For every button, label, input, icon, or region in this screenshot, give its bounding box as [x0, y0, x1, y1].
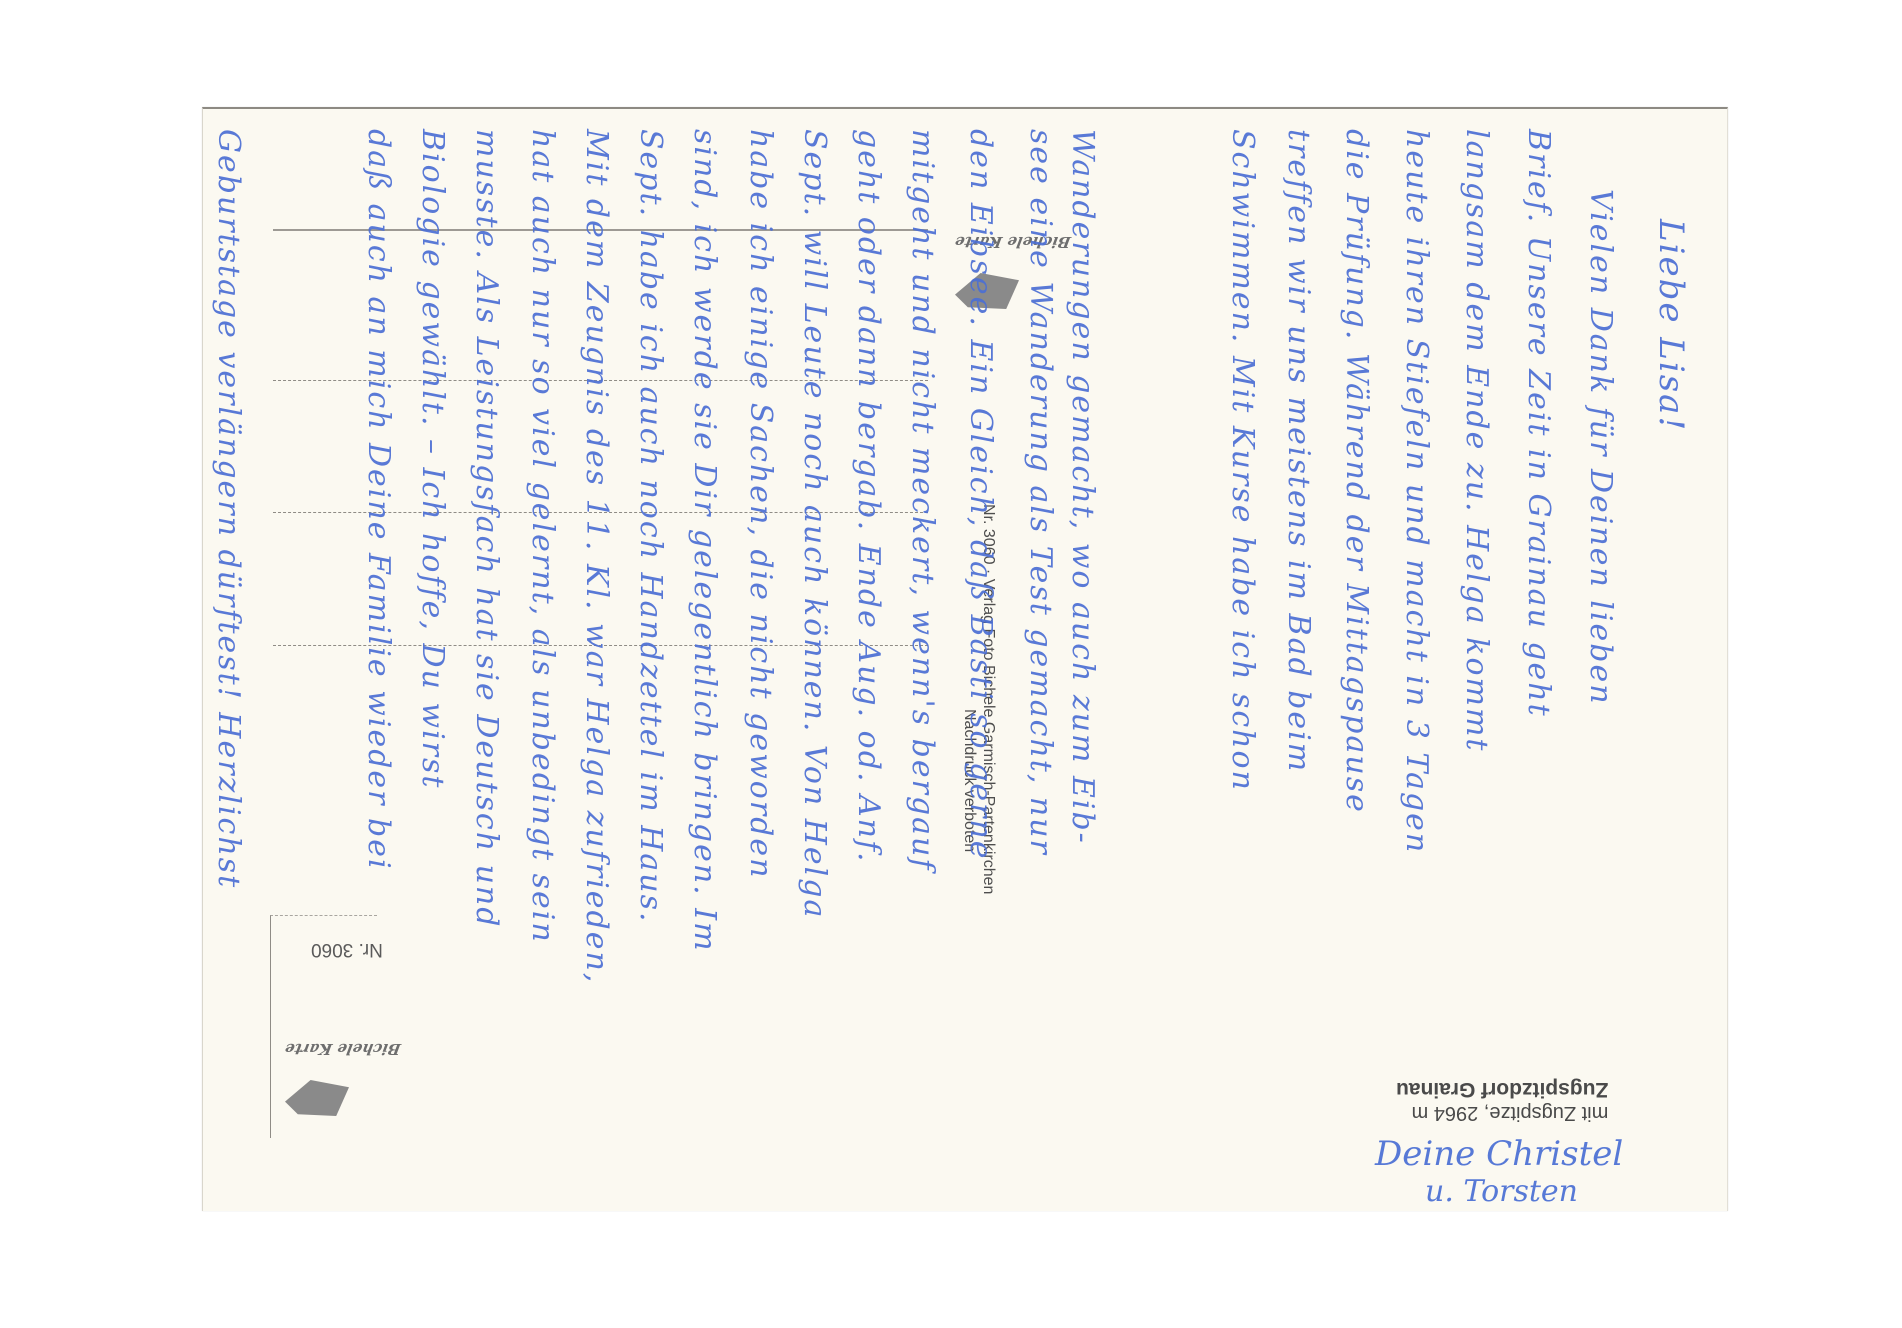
photo-caption: mit Zugspitze, 2964 m Zugspitzdorf Grain…: [1396, 1077, 1608, 1124]
handwriting-line: sind, ich werde sie Dir gelegentlich bri…: [687, 129, 722, 953]
handwriting-line: heute ihren Stiefeln und macht in 3 Tage…: [1399, 129, 1434, 854]
handwriting-line: mitgeht und nicht meckert, wenn's bergau…: [905, 129, 940, 871]
handwriting-line: hat auch nur so viel gelernt, als unbedi…: [525, 129, 560, 944]
signature-line-2: u. Torsten: [1425, 1174, 1578, 1209]
handwriting-line: Geburtstage verlängern dürftest! Herzlic…: [211, 129, 246, 889]
handwriting-line: langsam dem Ende zu. Helga kommt: [1459, 129, 1494, 752]
handwriting-salutation: Liebe Lisa!: [1651, 219, 1691, 432]
caption-title: Zugspitzdorf Grainau: [1396, 1077, 1608, 1101]
handwriting-line: Sept. habe ich auch noch Handzettel im H…: [633, 129, 668, 924]
handwriting-line: geht oder dann bergab. Ende Aug. od. Anf…: [851, 129, 886, 864]
handwriting-line: daß auch an mich Deine Familie wieder be…: [361, 129, 396, 871]
caption-subtitle: mit Zugspitze, 2964 m: [1396, 1101, 1608, 1124]
handwriting-line: Sept. will Leute noch auch können. Von H…: [797, 129, 832, 919]
logo-wing-icon: [285, 1080, 349, 1116]
stamp-number: Nr. 3060: [311, 938, 383, 960]
handwriting-line: Wanderungen gemacht, wo auch zum Eib-: [1065, 129, 1100, 845]
handwriting-line: den Eibsee. Ein Gleich, daß Basti so ger…: [963, 129, 998, 861]
signature-line-1: Deine Christel: [1375, 1134, 1623, 1174]
stamp-box: Nr. 3060 Bichele Karte: [270, 915, 377, 1138]
handwriting-line: Brief. Unsere Zeit in Grainau geht: [1521, 129, 1556, 718]
logo-text: Bichele Karte: [284, 1040, 403, 1057]
handwriting-line: die Prüfung. Während der Mittagspause: [1339, 129, 1374, 814]
handwriting-line: habe ich einige Sachen, die nicht geword…: [743, 129, 778, 879]
postcard-back: Nr. 3060 Bichele Karte Bichele Karte Nr.…: [202, 107, 1728, 1211]
handwriting-line: treffen wir uns meistens im Bad beim: [1281, 129, 1316, 773]
handwriting-line: Biologie gewählt. – Ich hoffe, Du wirst: [415, 129, 450, 789]
handwriting-line: musste. Als Leistungsfach hat sie Deutsc…: [469, 129, 504, 928]
publisher-logo: Bichele Karte: [281, 1036, 359, 1128]
handwriting-line: Vielen Dank für Deinen lieben: [1583, 189, 1618, 706]
handwriting-line: see eine Wanderung als Test gemacht, nur: [1023, 129, 1058, 856]
handwriting-line: Mit dem Zeugnis des 11. Kl. war Helga zu…: [579, 129, 614, 984]
handwriting-line: Schwimmen. Mit Kurse habe ich schon: [1225, 129, 1260, 792]
